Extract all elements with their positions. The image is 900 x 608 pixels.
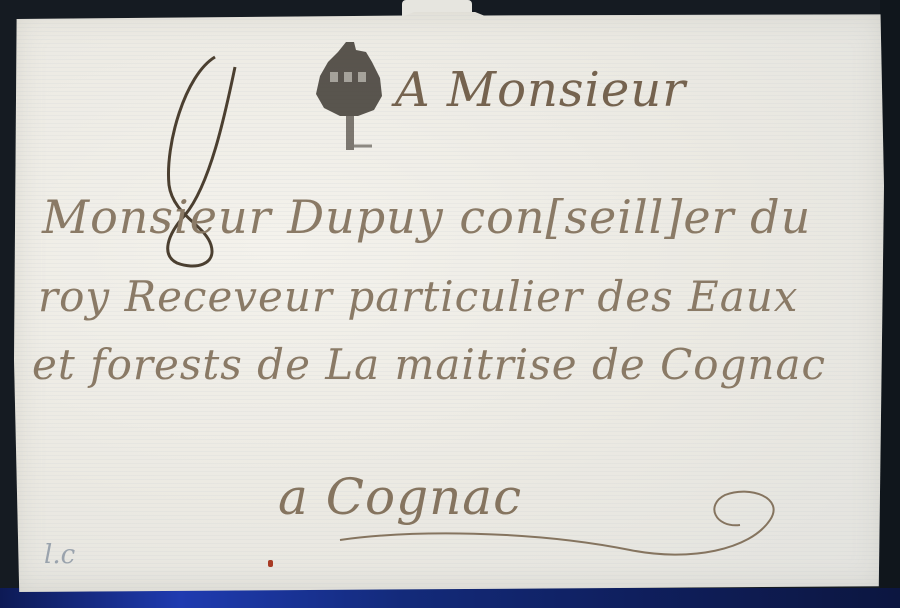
underline-flourish	[330, 480, 790, 580]
address-line-2: roy Receveur particulier des Eaux	[38, 272, 798, 321]
address-line-1: Monsieur Dupuy con[seill]er du	[42, 190, 811, 244]
pencil-annotation: l.c	[44, 540, 75, 570]
salutation: A Monsieur	[395, 62, 686, 118]
tree-handstamp-icon	[310, 38, 390, 158]
address-line-3: et forests de La maitrise de Cognac	[32, 340, 826, 389]
background-right	[880, 0, 900, 608]
red-ink-spot	[268, 560, 273, 567]
